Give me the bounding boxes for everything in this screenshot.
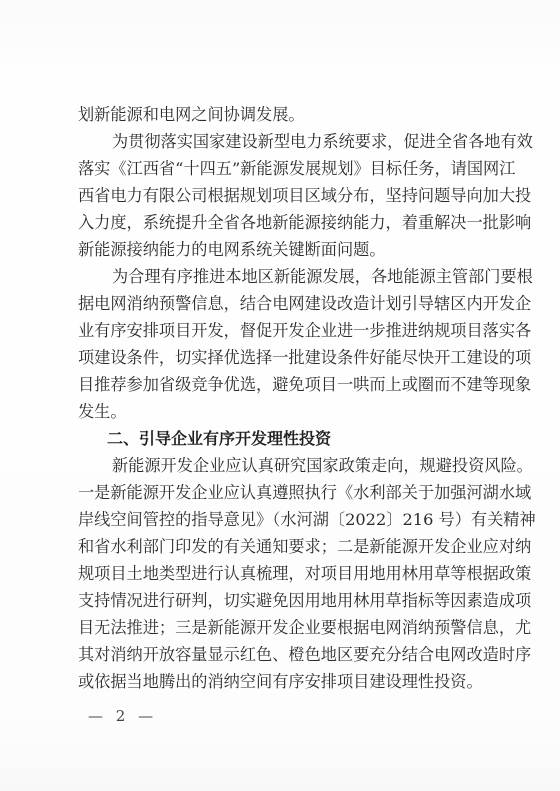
text-line: 其对消纳开放容量显示红色、橙色地区要充分结合电网改造时序 <box>78 641 491 668</box>
text-line: 一是新能源开发企业应认真遵照执行《水利部关于加强河湖水域 <box>78 479 491 506</box>
text-line: 目推荐参加省级竞争优选，避免项目一哄而上或圈而不建等现象 <box>78 371 491 398</box>
text-line: 西省电力有限公司根据规划项目区域分布，坚持问题导向加大投 <box>78 182 491 209</box>
text-line: 和省水利部门印发的有关通知要求；二是新能源开发企业应对纳 <box>78 533 491 560</box>
document-page: 划新能源和电网之间协调发展。 为贯彻落实国家建设新型电力系统要求，促进全省各地有… <box>0 0 560 791</box>
text-line: 目无法推进；三是新能源开发企业要根据电网消纳预警信息，尤 <box>78 614 491 641</box>
text-line: 入力度，系统提升全省各地新能源接纳能力，着重解决一批影响 <box>78 209 491 236</box>
text-line: 项建设条件，切实择优选择一批建设条件好能尽快开工建设的项 <box>78 344 491 371</box>
section-heading: 二、引导企业有序开发理性投资 <box>78 425 491 452</box>
text-line: 发生。 <box>78 398 491 425</box>
text-line: 为合理有序推进本地区新能源发展，各地能源主管部门要根 <box>78 263 491 290</box>
text-line: 支持情况进行研判，切实避免因用地用林用草指标等因素造成项 <box>78 587 491 614</box>
text-line: 据电网消纳预警信息，结合电网建设改造计划引导辖区内开发企 <box>78 290 491 317</box>
text-line: 规项目土地类型进行认真梳理，对项目用地用林用草等根据政策 <box>78 560 491 587</box>
page-number: — 2 — <box>88 707 157 725</box>
text-line: 新能源开发企业应认真研究国家政策走向，规避投资风险。 <box>78 452 491 479</box>
document-body: 划新能源和电网之间协调发展。 为贯彻落实国家建设新型电力系统要求，促进全省各地有… <box>78 101 491 695</box>
text-line: 业有序安排项目开发，督促开发企业进一步推进纳规项目落实各 <box>78 317 491 344</box>
text-line: 新能源接纳能力的电网系统关键断面问题。 <box>78 236 491 263</box>
text-line: 岸线空间管控的指导意见》（水河湖〔2022〕216 号）有关精神 <box>78 506 491 533</box>
text-line: 落实《江西省“十四五”新能源发展规划》目标任务，请国网江 <box>78 155 491 182</box>
text-line: 或依据当地腾出的消纳空间有序安排项目建设理性投资。 <box>78 668 491 695</box>
text-line: 为贯彻落实国家建设新型电力系统要求，促进全省各地有效 <box>78 128 491 155</box>
text-line: 划新能源和电网之间协调发展。 <box>78 101 491 128</box>
